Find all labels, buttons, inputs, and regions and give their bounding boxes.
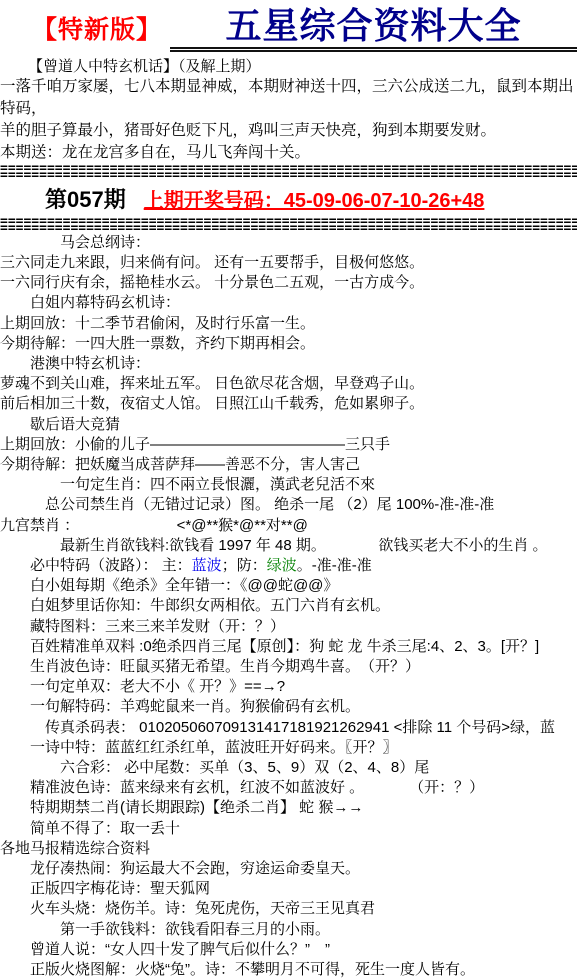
content-line: 白小姐每期《绝杀》全年错一：《@@蛇@@》 (0, 576, 577, 596)
content-line: 各地马报精选综合资料 (0, 839, 577, 859)
intro-line: 羊的胆子算最小，猪哥好色贬下凡，鸡叫三声天快亮，狗到本期要发财。 (0, 120, 577, 142)
content-line: 萝魂不到关山难，挥来址五军。 日色欲尽花含烟，早登鸡子山。 (0, 374, 577, 394)
content-line: 正版四字梅花诗：聖天狐网 (0, 879, 577, 899)
content-line: 歇后语大竞猜 (0, 415, 577, 435)
content-line: 九宫禁肖 ： <*@**猴*@**对**@ (0, 516, 577, 536)
issue-number: 第057期 (45, 183, 126, 214)
last-draw-numbers: 上期开奖号码：45-09-06-07-10-26+48 (144, 184, 485, 213)
page-header: 【特新版】 五星综合资料大全 (0, 0, 577, 52)
separator-bottom: ========================================… (0, 217, 577, 233)
subtitle: 【曾道人中特玄机话】（及解上期） (0, 55, 577, 76)
content-line: 一句解特码：羊鸡蛇鼠来一肖。狗猴偷码有玄机。 (0, 697, 577, 717)
blue-wave-text: 蓝波 (192, 557, 222, 574)
content-block: 马会总纲诗：三六同走九来跟，归来倘有问。 还有一五要帮手，目极何悠悠。一六同行庆… (0, 233, 577, 980)
text-segment: 必中特码（波路）： 主： (0, 557, 192, 574)
green-wave-text: 绿波 (267, 557, 297, 574)
intro-block: 一落千咱万家屡，七八本期显神威，本期财神送十四，三六公成送二九，鼠到本期出特码，… (0, 76, 577, 164)
text-segment: 。-准-准-准 (297, 557, 372, 574)
content-line: 今期待解：一四大胜一票数，齐约下期再相会。 (0, 334, 577, 354)
content-line: 火车头烧：烧伤羊。诗：兔死虎伤，天帝三王见真君 (0, 899, 577, 919)
edition-badge: 【特新版】 (32, 10, 162, 46)
content-line: 生肖波色诗：旺鼠买猪无希望。生肖今期鸡牛喜。 （开？） (0, 657, 577, 677)
content-line: 前后相加三十数，夜宿丈人馆。 日照江山千载秀，危如累卵子。 (0, 394, 577, 414)
content-line: 必中特码（波路）： 主：蓝波；防：绿波。-准-准-准 (0, 556, 577, 576)
content-line: 简单不得了：取一丢十 (0, 819, 577, 839)
content-line: 今期待解：把妖魔当成菩萨拜——善恶不分，害人害己 (0, 455, 577, 475)
content-line: 一诗中特：蓝蓝红红杀红单，蓝波旺开好码来。〖开？〗 (0, 738, 577, 758)
separator-line: ========================================… (0, 165, 577, 172)
issue-bar: 第057期 上期开奖号码：45-09-06-07-10-26+48 (0, 180, 577, 217)
content-line: 一六同行庆有余，摇艳桂水云。 十分景色二五观，一古方成今。 (0, 273, 577, 293)
page-title: 五星综合资料大全 (170, 8, 577, 52)
text-segment: ；防： (222, 557, 267, 574)
content-line: 第一手欲钱料：欲钱看阳春三月的小雨。 (0, 920, 577, 940)
content-line: 马会总纲诗： (0, 233, 577, 253)
content-line: 百姓精准单双料 :0绝杀四肖三尾【原创】：狗 蛇 龙 牛杀三尾:4、2、3。[开… (0, 637, 577, 657)
content-line: 总公司禁生肖（无错过记录）图。 绝杀一尾 （2）尾 100%-准-准-准 (0, 495, 577, 515)
content-line: 藏特图料：三来三来羊发财（开：？） (0, 617, 577, 637)
intro-line: 一落千咱万家屡，七八本期显神威，本期财神送十四，三六公成送二九，鼠到本期出特码， (0, 76, 577, 120)
bulletin-page: 【特新版】 五星综合资料大全 【曾道人中特玄机话】（及解上期） 一落千咱万家屡，… (0, 0, 577, 980)
separator-line: ========================================… (0, 218, 577, 225)
content-line: 白姐梦里话你知：牛郎织女两相依。五门六肖有玄机。 (0, 596, 577, 616)
intro-line: 本期送：龙在龙宫多自在，马儿飞奔闯十关。 (0, 142, 577, 164)
content-line: 正版火烧图解：火烧“兔”。诗：不攀明月不可得，死生一度人皆有。 (0, 960, 577, 980)
content-line: 三六同走九来跟，归来倘有问。 还有一五要帮手，目极何悠悠。 (0, 253, 577, 273)
separator-line: ========================================… (0, 225, 577, 232)
content-line: 港澳中特玄机诗： (0, 354, 577, 374)
content-line: 一句定生肖：四不兩立長恨灑，漢武老兒活不來 (0, 475, 577, 495)
content-line: 白姐内幕特码玄机诗： (0, 293, 577, 313)
content-line: 曾道人说：“女人四十发了脾气后似什么？” ” (0, 940, 577, 960)
content-line: 上期回放：小偷的儿子—————————————三只手 (0, 435, 577, 455)
content-line: 龙仔凑热闹：狗运最大不会跑，穷途运命委皇天。 (0, 859, 577, 879)
content-line: 六合彩： 必中尾数：买单（3、5、9）双（2、4、8）尾 (0, 758, 577, 778)
content-line: 上期回放：十二季节君偷闲，及时行乐富一生。 (0, 314, 577, 334)
separator-top: ========================================… (0, 164, 577, 180)
content-line: 一句定单双：老大不小《 开？》==→? (0, 677, 577, 697)
content-line: 特期期禁二肖(请长期跟踪)【绝杀二肖】 蛇 猴→→ (0, 798, 577, 818)
content-line: 精准波色诗：蓝来绿来有玄机，红波不如蓝波好 。 （开：？） (0, 778, 577, 798)
content-line: 传真杀码表： 010205060709131417181921262941 <排… (0, 718, 577, 738)
content-line: 最新生肖欲钱料:欲钱看 1997 年 48 期。 欲钱买老大不小的生肖 。 (0, 536, 577, 556)
separator-line: ========================================… (0, 172, 577, 179)
